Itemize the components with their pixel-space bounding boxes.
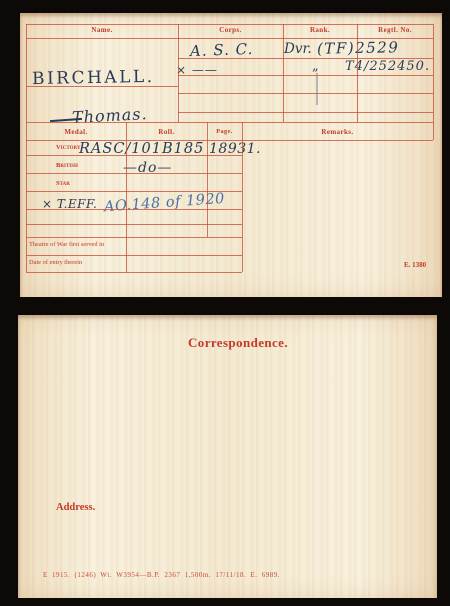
column-header-rank: Rank. (283, 27, 357, 34)
handwritten-victory-page: 18931. (209, 142, 261, 156)
handwritten-corps-1: A. S. C. (190, 42, 254, 59)
column-header-corps: Corps. (178, 27, 283, 34)
medal-index-card-back: Correspondence. Address. E 1915. (1246) … (18, 315, 437, 598)
rule-line (26, 24, 433, 25)
ink-stroke (316, 73, 318, 105)
column-header-remarks: Remarks. (242, 129, 433, 136)
rule-line (178, 93, 433, 94)
rule-line (242, 122, 243, 272)
rule-line (26, 272, 242, 273)
scanned-medal-card-photo: { "front_card": { "columns": { "name": "… (0, 0, 450, 606)
rule-line (26, 237, 242, 238)
rule-line (178, 112, 433, 113)
rule-line (26, 24, 27, 272)
printer-imprint: E 1915. (1246) Wt. W3954—B.P. 2367 1,500… (43, 572, 280, 579)
correspondence-label: Correspondence. (188, 336, 288, 349)
medal-label-british: British (56, 163, 78, 170)
rule-line (126, 122, 127, 272)
rule-line (26, 191, 242, 192)
rule-line (26, 155, 242, 156)
rule-line (178, 75, 433, 76)
rule-line (178, 58, 433, 59)
rule-line (26, 140, 433, 141)
column-header-medal: Medal. (26, 129, 126, 136)
rule-line (26, 122, 433, 123)
rule-line (26, 209, 242, 210)
medal-label-victory: Victory (56, 145, 81, 152)
column-header-regtl-no: Regtl. No. (357, 27, 433, 34)
form-number: E. 1380 (404, 262, 426, 269)
address-label: Address. (56, 503, 95, 514)
rule-line (283, 24, 284, 122)
rule-line (207, 122, 208, 237)
handwritten-rank-ditto: „ (312, 60, 319, 73)
rule-line (26, 86, 178, 87)
rule-line (26, 224, 242, 225)
column-header-roll: Roll. (126, 129, 207, 136)
handwritten-rank-1: Dvr. (284, 43, 312, 57)
rule-line (26, 173, 242, 174)
date-of-entry-label: Date of entry therein (29, 260, 82, 266)
theatre-of-war-label: Theatre of War first served in (29, 242, 104, 248)
medal-index-card-front: Name. Corps. Rank. Regtl. No. Medal. Rol… (20, 13, 442, 297)
rule-line (178, 24, 179, 122)
rule-line (26, 38, 433, 39)
column-header-name: Name. (26, 27, 178, 34)
rule-line (357, 24, 358, 122)
rule-line (433, 24, 434, 140)
column-header-page: Page. (207, 129, 242, 135)
medal-label-star: Star (56, 181, 70, 188)
rule-line (26, 255, 242, 256)
handwritten-regtl-1: (TF)2529 (317, 40, 400, 56)
